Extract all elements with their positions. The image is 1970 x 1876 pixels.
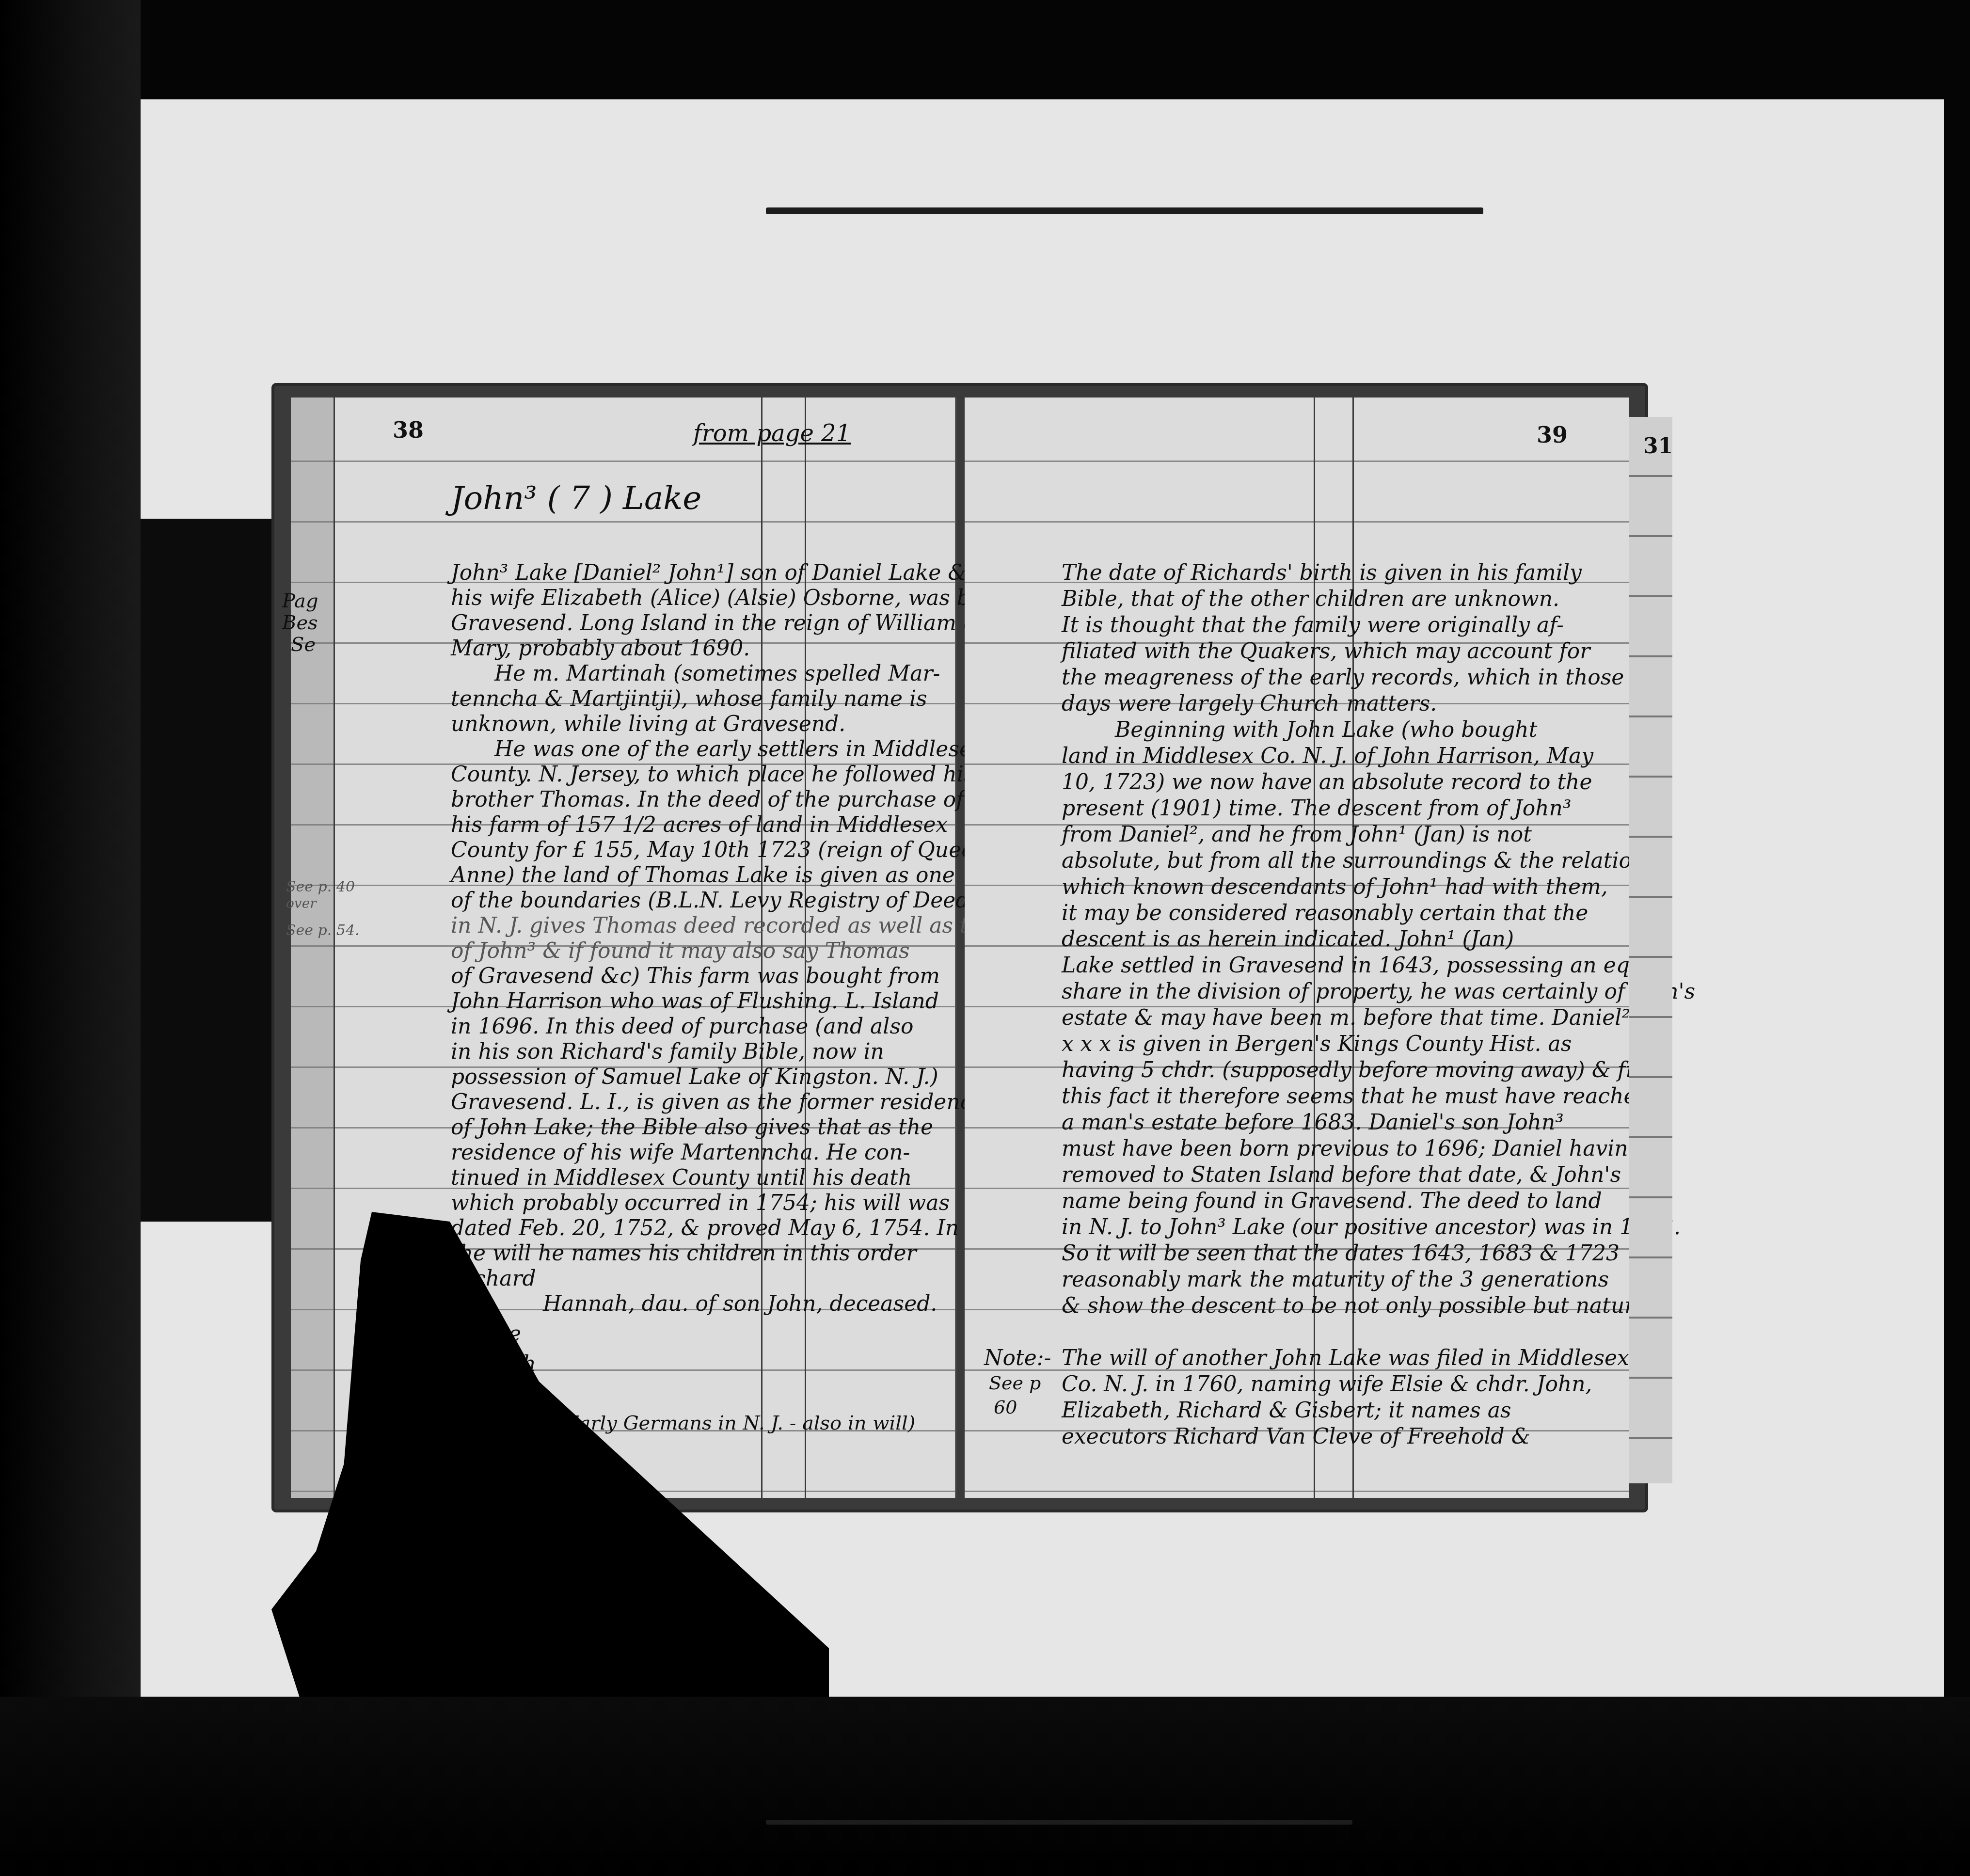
text-line: in N. J. to John³ Lake (our positive anc… xyxy=(1062,1217,1681,1238)
text-line: County. N. Jersey, to which place he fol… xyxy=(451,764,974,785)
text-line: John³ Lake [Daniel² John¹] son of Daniel… xyxy=(451,562,967,584)
text-line: having 5 chdr. (supposedly before moving… xyxy=(1062,1060,1668,1081)
text-line: It is thought that the family were origi… xyxy=(1062,615,1564,636)
text-line: Gravesend. L. I., is given as the former… xyxy=(451,1092,985,1113)
scan-background-bottom xyxy=(0,1697,1970,1876)
text-line: x x x is given in Bergen's Kings County … xyxy=(1062,1033,1572,1055)
note-line: Elizabeth, Richard & Gisbert; it names a… xyxy=(1062,1400,1511,1421)
text-line-pencil: in N. J. gives Thomas deed recorded as w… xyxy=(451,915,1003,937)
mount-rule-top xyxy=(766,207,1483,214)
text-line: absolute, but from all the surroundings … xyxy=(1062,850,1656,872)
text-line: dated Feb. 20, 1752, & proved May 6, 175… xyxy=(451,1218,959,1239)
text-line: a man's estate before 1683. Daniel's son… xyxy=(1062,1112,1564,1133)
margin-note: over xyxy=(286,897,317,910)
margin-tab-fragment: Pag xyxy=(282,591,318,611)
text-line: name being found in Gravesend. The deed … xyxy=(1062,1191,1602,1212)
text-line: tinued in Middlesex County until his dea… xyxy=(451,1167,912,1189)
text-line: Gravesend. Long Island in the reign of W… xyxy=(451,613,982,634)
scan-background-left xyxy=(0,0,141,1876)
margin-note: See p. 40 xyxy=(286,880,355,894)
note-margin-ref: 60 xyxy=(994,1398,1017,1416)
text-line: from Daniel², and he from John¹ (Jan) is… xyxy=(1062,824,1532,845)
text-line-pencil: of John³ & if found it may also say Thom… xyxy=(451,940,910,962)
mount-rule-bottom xyxy=(766,1820,1352,1825)
text-line: share in the division of property, he wa… xyxy=(1062,981,1695,1002)
margin-tab-fragment: Se xyxy=(291,635,316,654)
note-line: The will of another John Lake was filed … xyxy=(1062,1348,1629,1369)
text-line: Lake settled in Gravesend in 1643, posse… xyxy=(1062,955,1663,976)
text-line: The date of Richards' birth is given in … xyxy=(1062,562,1582,584)
text-line: his farm of 157 1/2 acres of land in Mid… xyxy=(451,814,948,836)
text-line: present (1901) time. The descent from of… xyxy=(1062,798,1572,819)
text-line: which probably occurred in 1754; his wil… xyxy=(451,1192,950,1214)
text-line: residence of his wife Martenncha. He con… xyxy=(451,1142,910,1163)
text-line: land in Middlesex Co. N. J. of John Harr… xyxy=(1062,746,1593,767)
text-line: So it will be seen that the dates 1643, … xyxy=(1062,1243,1620,1264)
page-number: 38 xyxy=(393,417,424,443)
text-line: which known descendants of John¹ had wit… xyxy=(1062,876,1608,898)
text-line: days were largely Church matters. xyxy=(1062,693,1437,715)
dark-mount-tab xyxy=(141,519,281,1222)
text-line: estate & may have been m. before that ti… xyxy=(1062,1007,1630,1029)
text-line: in his son Richard's family Bible, now i… xyxy=(451,1041,884,1063)
text-line: possession of Samuel Lake of Kingston. N… xyxy=(451,1066,938,1088)
note-label: Note:- xyxy=(984,1348,1051,1369)
margin-rule xyxy=(334,397,335,1498)
index-edge-tabs xyxy=(1629,417,1672,1483)
text-line: it may be considered reasonably certain … xyxy=(1062,903,1588,924)
text-line: of Gravesend &c) This farm was bought fr… xyxy=(451,966,940,987)
note-line: Co. N. J. in 1760, naming wife Elsie & c… xyxy=(1062,1374,1592,1395)
left-page-binding-margin xyxy=(291,397,334,1498)
text-line: of the boundaries (B.L.N. Levy Registry … xyxy=(451,890,969,911)
text-line: the will he names his children in this o… xyxy=(451,1243,917,1264)
text-line: of John Lake; the Bible also gives that … xyxy=(451,1117,933,1138)
text-line: 10, 1723) we now have an absolute record… xyxy=(1062,772,1592,793)
text-line: Mary, probably about 1690. xyxy=(451,638,750,659)
note-line: executors Richard Van Cleve of Freehold … xyxy=(1062,1426,1530,1447)
text-line: He m. Martinah (sometimes spelled Mar- xyxy=(494,663,940,684)
text-line: in 1696. In this deed of purchase (and a… xyxy=(451,1016,914,1037)
margin-tab-fragment: Bes xyxy=(282,613,318,633)
text-line: must have been born previous to 1696; Da… xyxy=(1062,1138,1642,1160)
text-line: his wife Elizabeth (Alice) (Alsie) Osbor… xyxy=(451,588,1004,609)
text-line: tenncha & Martjintji), whose family name… xyxy=(451,688,927,710)
page-number: 39 xyxy=(1537,422,1568,448)
text-line: filiated with the Quakers, which may acc… xyxy=(1062,641,1590,662)
text-line: removed to Staten Island before that dat… xyxy=(1062,1164,1621,1186)
right-page: 39 The date of Richards' birth is given … xyxy=(965,397,1629,1498)
text-line: Beginning with John Lake (who bought xyxy=(1115,719,1537,741)
edge-tab-number: 31 xyxy=(1643,434,1673,459)
text-line: reasonably mark the maturity of the 3 ge… xyxy=(1062,1269,1609,1290)
text-line: County for £ 155, May 10th 1723 (reign o… xyxy=(451,840,988,861)
header-note: from page 21 xyxy=(693,422,851,445)
text-line: the meagreness of the early records, whi… xyxy=(1062,667,1624,688)
text-line: unknown, while living at Gravesend. xyxy=(451,714,845,735)
text-line: Anne) the land of Thomas Lake is given a… xyxy=(451,865,955,886)
page-title: John³ ( 7 ) Lake xyxy=(451,482,701,514)
note-margin-ref: See p xyxy=(989,1374,1041,1392)
text-line: & show the descent to be not only possib… xyxy=(1062,1295,1661,1317)
text-line: Bible, that of the other children are un… xyxy=(1062,588,1559,610)
child-note: Hannah, dau. of son John, deceased. xyxy=(543,1293,937,1315)
margin-note: See p. 54. xyxy=(286,923,360,938)
text-line: He was one of the early settlers in Midd… xyxy=(494,739,984,760)
text-line: descent is as herein indicated. John¹ (J… xyxy=(1062,929,1514,950)
text-line: this fact it therefore seems that he mus… xyxy=(1062,1086,1650,1107)
text-line: John Harrison who was of Flushing. L. Is… xyxy=(451,991,939,1012)
text-line: brother Thomas. In the deed of the purch… xyxy=(451,789,964,811)
